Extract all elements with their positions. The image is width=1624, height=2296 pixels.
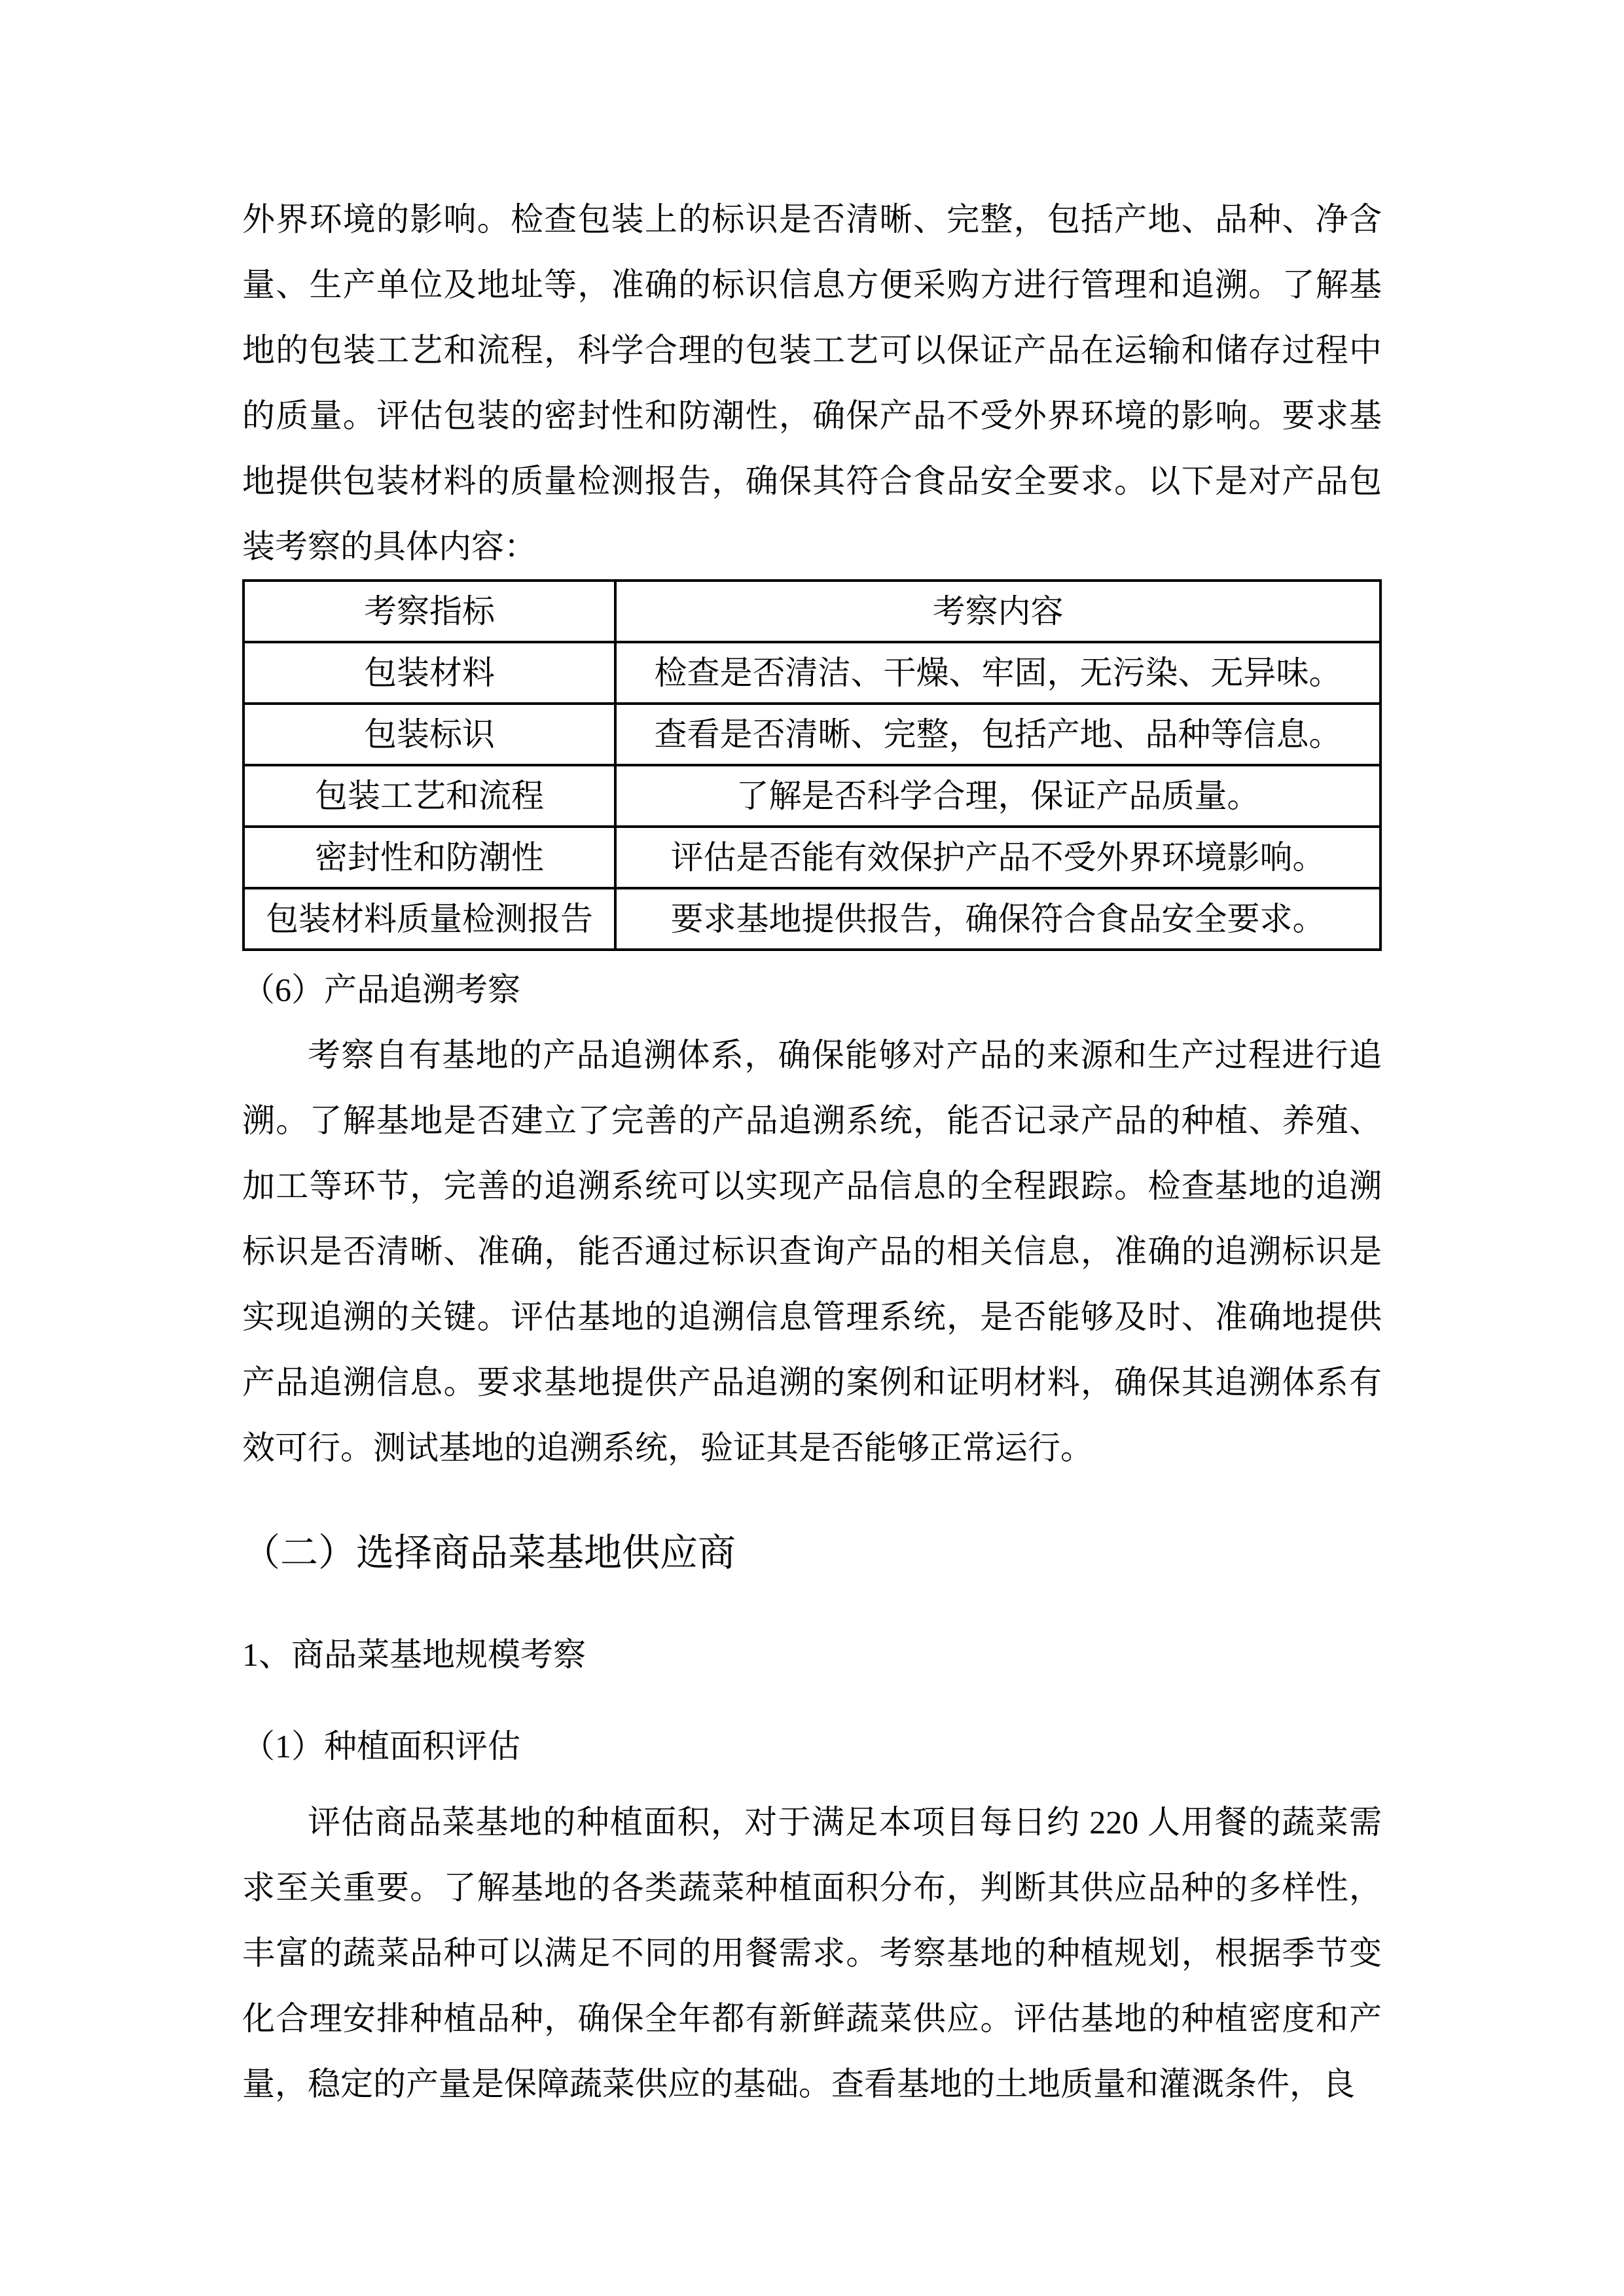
table-row: 包装材料 检查是否清洁、干燥、牢固，无污染、无异味。 [244, 642, 1380, 704]
table-header-indicator: 考察指标 [244, 581, 615, 642]
heading-planting-area-evaluation: （1）种植面积评估 [242, 1713, 1382, 1779]
table-cell-indicator: 包装标识 [244, 704, 615, 765]
table-row: 包装标识 查看是否清晰、完整，包括产地、品种等信息。 [244, 704, 1380, 765]
table-cell-indicator: 密封性和防潮性 [244, 827, 615, 888]
table-header-row: 考察指标 考察内容 [244, 581, 1380, 642]
table-cell-content: 了解是否科学合理，保证产品质量。 [615, 765, 1380, 827]
table-header-content: 考察内容 [615, 581, 1380, 642]
table-cell-indicator: 包装材料质量检测报告 [244, 888, 615, 950]
table-row: 密封性和防潮性 评估是否能有效保护产品不受外界环境影响。 [244, 827, 1380, 888]
heading-product-traceability: （6）产品追溯考察 [242, 957, 1382, 1022]
table-row: 包装工艺和流程 了解是否科学合理，保证产品质量。 [244, 765, 1380, 827]
heading-select-vegetable-base-supplier: （二）选择商品菜基地供应商 [242, 1517, 1382, 1589]
document-page: 外界环境的影响。检查包装上的标识是否清晰、完整，包括产地、品种、净含量、生产单位… [0, 0, 1624, 2296]
table-cell-indicator: 包装工艺和流程 [244, 765, 615, 827]
table-cell-content: 评估是否能有效保护产品不受外界环境影响。 [615, 827, 1380, 888]
paragraph-planting-area: 评估商品菜基地的种植面积，对于满足本项目每日约 220 人用餐的蔬菜需求至关重要… [242, 1789, 1382, 2117]
heading-base-scale-inspection: 1、商品菜基地规模考察 [242, 1622, 1382, 1687]
table-cell-content: 要求基地提供报告，确保符合食品安全要求。 [615, 888, 1380, 950]
packaging-inspection-table: 考察指标 考察内容 包装材料 检查是否清洁、干燥、牢固，无污染、无异味。 包装标… [242, 579, 1382, 951]
table-cell-content: 查看是否清晰、完整，包括产地、品种等信息。 [615, 704, 1380, 765]
table-cell-indicator: 包装材料 [244, 642, 615, 704]
paragraph-traceability: 考察自有基地的产品追溯体系，确保能够对产品的来源和生产过程进行追溯。了解基地是否… [242, 1022, 1382, 1480]
table-row: 包装材料质量检测报告 要求基地提供报告，确保符合食品安全要求。 [244, 888, 1380, 950]
paragraph-packaging-inspection: 外界环境的影响。检查包装上的标识是否清晰、完整，包括产地、品种、净含量、生产单位… [242, 187, 1382, 579]
table-cell-content: 检查是否清洁、干燥、牢固，无污染、无异味。 [615, 642, 1380, 704]
